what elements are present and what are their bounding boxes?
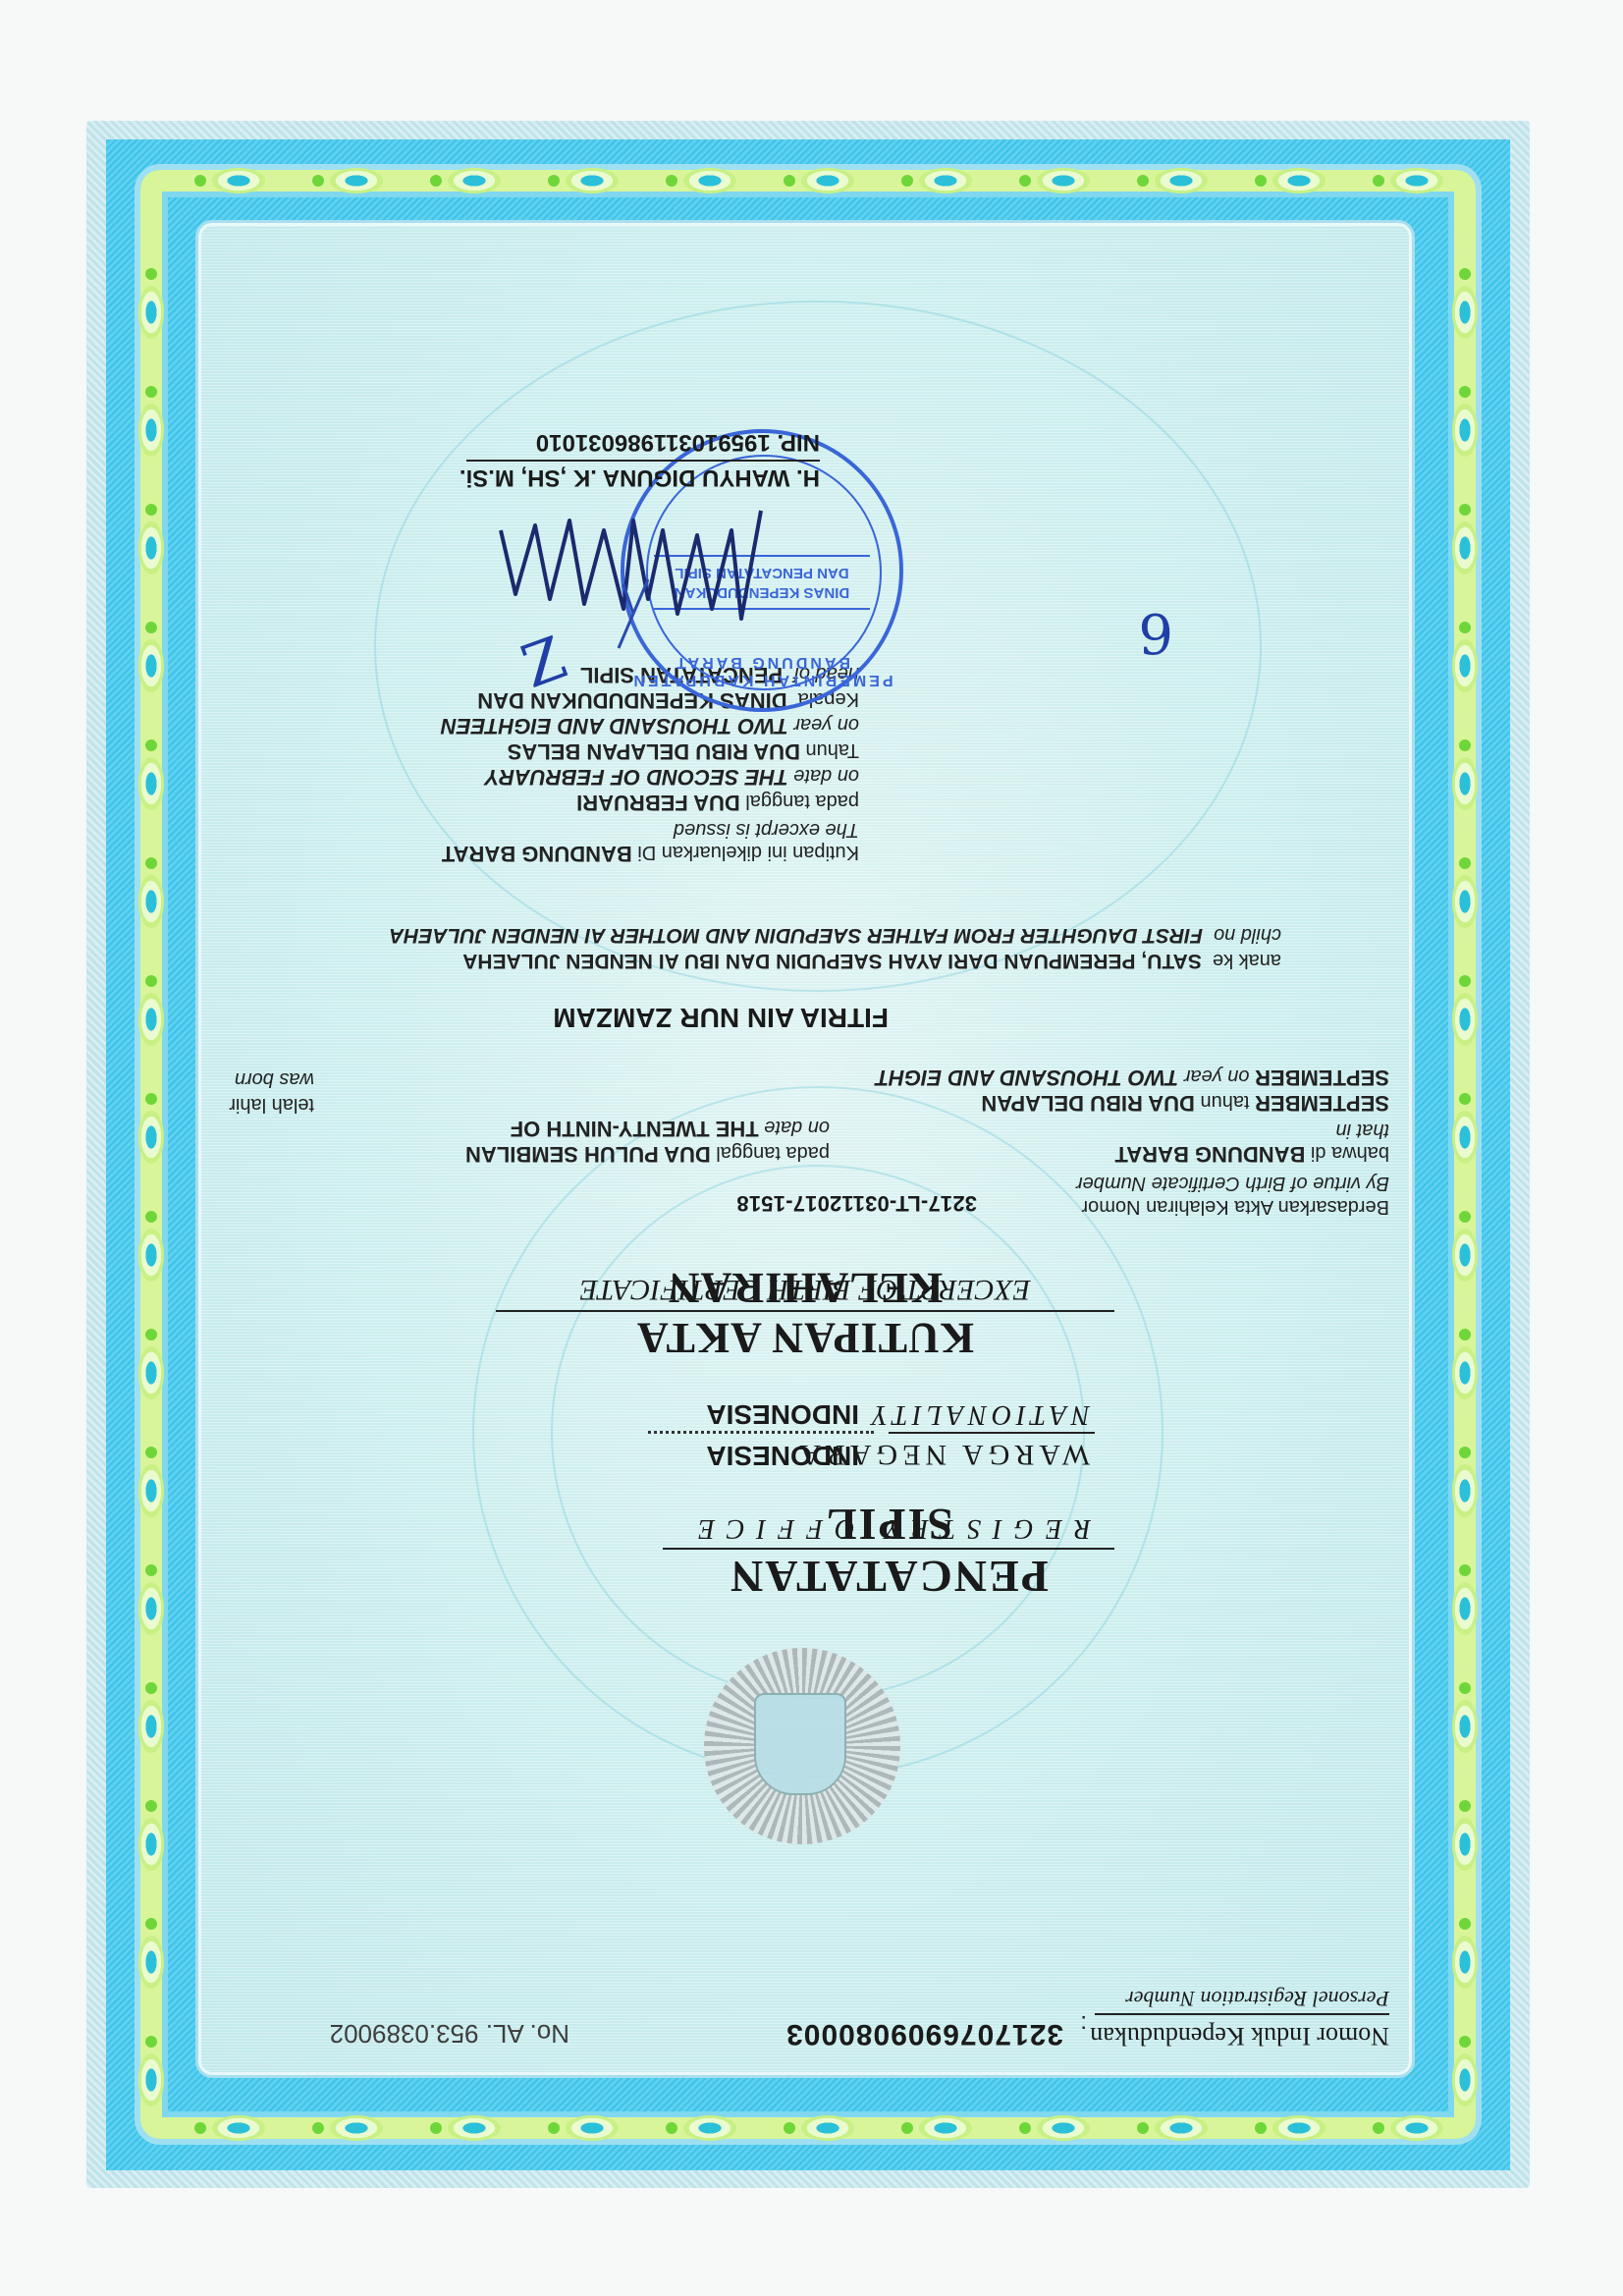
issued-year: Tahun DUA RIBU DELAPAN BELAS <box>508 738 859 764</box>
border-bead-icon <box>683 168 736 193</box>
border-bead-icon <box>194 175 206 187</box>
border-bead-icon <box>145 1800 157 1812</box>
border-bead-icon <box>194 2122 206 2134</box>
border-bead-icon <box>1459 1447 1471 1458</box>
border-bead-icon <box>138 1818 164 1871</box>
border-bead-icon <box>548 2122 560 2134</box>
month-year-line: SEPTEMBER tahun DUA RIBU DELAPAN <box>981 1090 1389 1116</box>
child-order-value-en: FIRST DAUGHTER FROM FATHER SAEPUDIN AND … <box>389 924 1203 947</box>
border-bead-icon <box>448 2115 501 2141</box>
border-bead-icon <box>1390 2115 1443 2141</box>
border-bead-icon <box>448 168 501 193</box>
border-bead-icon <box>1452 404 1478 457</box>
month-value: SEPTEMBER <box>1255 1091 1389 1116</box>
border-bead-icon <box>1459 2036 1471 2048</box>
office-divider <box>663 1548 1114 1550</box>
border-bead-icon <box>145 504 157 516</box>
issued-label: Kutipan ini dikeluarkan Di BANDUNG BARAT <box>442 841 859 866</box>
citizenship-value: INDONESIA <box>706 1440 859 1471</box>
border-bead-icon <box>784 2122 795 2134</box>
place-label: bahwa di BANDUNG BARAT <box>1114 1141 1389 1167</box>
border-bead-icon <box>138 286 164 339</box>
border-bead-icon <box>138 639 164 692</box>
border-bead-icon <box>1459 739 1471 751</box>
border-bead-icon <box>901 2122 913 2134</box>
border-bead-icon <box>1452 1582 1478 1635</box>
border-bead-icon <box>1452 521 1478 574</box>
child-order-value: SATU, PEREMPUAN DARI AYAH SAEPUDIN DAN I… <box>462 950 1202 972</box>
issued-place: BANDUNG BARAT <box>442 842 632 866</box>
border-bead-icon <box>145 1564 157 1576</box>
month-year-line-en: SEPTEMBER on year TWO THOUSAND AND EIGHT <box>876 1065 1389 1090</box>
signatory-divider <box>466 460 820 462</box>
border-bead-icon <box>145 1329 157 1340</box>
border-bead-icon <box>138 993 164 1046</box>
year-value-en: TWO THOUSAND AND EIGHT <box>876 1066 1178 1090</box>
certificate-body: Nomor Induk Kependudukan Personel Regist… <box>198 223 1412 2075</box>
border-bead-icon <box>1459 857 1471 869</box>
border-bead-icon <box>145 1093 157 1105</box>
border-bead-icon <box>801 168 854 193</box>
border-bead-icon <box>1452 286 1478 339</box>
stamp-outer-text: PEMERINTAH KABUPATEN BANDUNG BARAT <box>624 653 899 688</box>
border-bead-icon <box>1155 2115 1208 2141</box>
border-bead-icon <box>1459 1682 1471 1694</box>
nationality-value: INDONESIA <box>706 1398 859 1430</box>
certificate-title-en: EXCERPT OF BIRTH CERTIFICATE <box>496 1273 1114 1306</box>
border-bead-icon <box>1452 757 1478 810</box>
basis-label-en: By virtue of Birth Certificate Number <box>1076 1172 1389 1194</box>
border-bead-icon <box>138 1936 164 1989</box>
basis-label: Berdasarkan Akta Kelahiran Nomor <box>1082 1195 1390 1218</box>
border-bead-icon <box>784 175 795 187</box>
handwritten-mark-left: 9 <box>1138 604 1173 668</box>
nik-divider <box>1095 2013 1389 2015</box>
border-bead-icon <box>138 1464 164 1517</box>
border-bead-icon <box>330 168 383 193</box>
border-bead-icon <box>145 386 157 398</box>
border-bead-icon <box>212 2115 265 2141</box>
border-bead-icon <box>430 2122 442 2134</box>
nik-value: 3217076909080003 <box>785 2017 1063 2050</box>
border-bead-icon <box>1452 1229 1478 1282</box>
border-bead-icon <box>145 857 157 869</box>
border-bead-icon <box>919 2115 972 2141</box>
border-bead-icon <box>1037 2115 1090 2141</box>
border-bead-icon <box>138 2053 164 2106</box>
signatory-name: H. WAHYU DIGUNA .K ,SH, M.Si. <box>460 464 820 491</box>
date-value: DUA PULUH SEMBILAN <box>465 1142 711 1167</box>
border-bead-icon <box>1255 2122 1267 2134</box>
border-bead-icon <box>1459 975 1471 987</box>
border-bead-icon <box>138 757 164 810</box>
border-bead-icon <box>330 2115 383 2141</box>
border-bead-icon <box>1452 1346 1478 1399</box>
border-bead-icon <box>1459 622 1471 633</box>
border-bead-icon <box>1272 2115 1325 2141</box>
issued-date: pada tanggal DUA FEBRUARI <box>576 790 859 815</box>
border-bead-icon <box>430 175 442 187</box>
date-label-en: on date THE TWENTY-NINTH OF <box>511 1116 830 1141</box>
place-value: BANDUNG BARAT <box>1114 1142 1305 1167</box>
border-bead-icon <box>1459 386 1471 398</box>
child-name: FITRIA AIN NUR ZAMZAM <box>553 1002 889 1033</box>
border-bead-icon <box>1459 268 1471 280</box>
border-bead-icon <box>1459 1329 1471 1340</box>
border-bead-icon <box>145 622 157 633</box>
border-bead-icon <box>801 2115 854 2141</box>
border-bead-icon <box>138 1700 164 1753</box>
border-bead-icon <box>145 739 157 751</box>
border-bead-icon <box>138 1229 164 1282</box>
border-bead-icon <box>138 1582 164 1635</box>
border-bead-icon <box>1155 168 1208 193</box>
child-order-label-en: child no FIRST DAUGHTER FROM FATHER SAEP… <box>389 923 1281 947</box>
border-bead-icon <box>919 168 972 193</box>
border-bead-icon <box>1459 1800 1471 1812</box>
border-bead-icon <box>138 1111 164 1164</box>
issued-label-en: The excerpt is issued <box>674 818 859 841</box>
border-bead-icon <box>1373 2122 1384 2134</box>
border-bead-icon <box>1452 1818 1478 1871</box>
border-bead-icon <box>1255 175 1267 187</box>
border-bead-icon <box>1452 993 1478 1046</box>
office-title-en: REGISTRY OFFICE <box>663 1512 1114 1544</box>
border-bead-icon <box>138 1346 164 1399</box>
border-bead-icon <box>1452 1936 1478 1989</box>
border-bead-icon <box>138 521 164 574</box>
border-bead-icon <box>1452 1111 1478 1164</box>
border-bead-icon <box>145 1918 157 1930</box>
handwritten-mark-icon <box>614 574 653 653</box>
citizenship-dots <box>648 1431 874 1434</box>
garuda-emblem-hologram <box>704 1648 900 1844</box>
issued-date-en: on date THE SECOND OF FEBRUARY <box>485 764 859 790</box>
border-bead-icon <box>145 1682 157 1694</box>
border-bead-icon <box>666 2122 677 2134</box>
birth-certificate-number: 3217-LT-03112017-1518 <box>736 1190 977 1216</box>
border-bead-icon <box>666 175 677 187</box>
citizenship-divider <box>889 1432 1095 1434</box>
border-bead-icon <box>1459 1918 1471 1930</box>
border-bead-icon <box>1137 175 1149 187</box>
emblem-shield-icon <box>754 1693 846 1795</box>
border-bead-icon <box>1272 168 1325 193</box>
border-bead-icon <box>145 1447 157 1458</box>
border-bead-icon <box>212 168 265 193</box>
child-order-label: anak ke SATU, PEREMPUAN DARI AYAH SAEPUD… <box>462 949 1281 972</box>
border-bead-icon <box>1452 875 1478 928</box>
border-bead-icon <box>138 875 164 928</box>
border-bead-icon <box>1019 175 1031 187</box>
issued-year-en: on year TWO THOUSAND AND EIGHTEEN <box>441 713 859 738</box>
border-bead-icon <box>145 268 157 280</box>
border-bead-icon <box>1019 2122 1031 2134</box>
border-bead-icon <box>683 2115 736 2141</box>
border-bead-icon <box>1452 2053 1478 2106</box>
nationality-label: NATIONALITY <box>867 1398 1090 1430</box>
border-bead-icon <box>1452 1464 1478 1517</box>
border-bead-icon <box>566 2115 619 2141</box>
border-bead-icon <box>312 2122 324 2134</box>
birth-certificate: Nomor Induk Kependudukan Personel Regist… <box>0 0 1623 2296</box>
border-bead-icon <box>1459 1564 1471 1576</box>
date-value-en: THE TWENTY-NINTH OF <box>511 1117 759 1141</box>
border-bead-icon <box>1459 1211 1471 1223</box>
border-bead-icon <box>145 1211 157 1223</box>
born-label-en: was born <box>235 1067 314 1090</box>
border-bead-icon <box>1390 168 1443 193</box>
nik-label-en: Personel Registration Number <box>1125 1986 1389 2011</box>
border-bead-icon <box>1373 175 1384 187</box>
border-bead-icon <box>1459 504 1471 516</box>
border-bead-icon <box>1459 1093 1471 1105</box>
signatory-nip: NIP. 195910311986031010 <box>536 428 820 456</box>
nik-label: Nomor Induk Kependudukan <box>1090 2021 1389 2050</box>
border-bead-icon <box>548 175 560 187</box>
border-bead-icon <box>138 404 164 457</box>
border-bead-icon <box>566 168 619 193</box>
born-label: telah lahir <box>229 1093 314 1116</box>
border-bead-icon <box>145 975 157 987</box>
border-bead-icon <box>1137 2122 1149 2134</box>
border-bead-icon <box>1452 639 1478 692</box>
serial-number: No. AL. 953.0389002 <box>330 2018 569 2049</box>
border-bead-icon <box>1037 168 1090 193</box>
year-value: DUA RIBU DELAPAN <box>981 1091 1195 1116</box>
certificate-divider <box>496 1310 1114 1312</box>
border-bead-icon <box>901 175 913 187</box>
border-bead-icon <box>312 175 324 187</box>
border-bead-icon <box>1452 1700 1478 1753</box>
date-label: pada tanggal DUA PULUH SEMBILAN <box>465 1141 830 1167</box>
nik-separator: : <box>1080 2009 1087 2037</box>
place-label-en: that in <box>1336 1119 1389 1141</box>
border-bead-icon <box>145 2036 157 2048</box>
